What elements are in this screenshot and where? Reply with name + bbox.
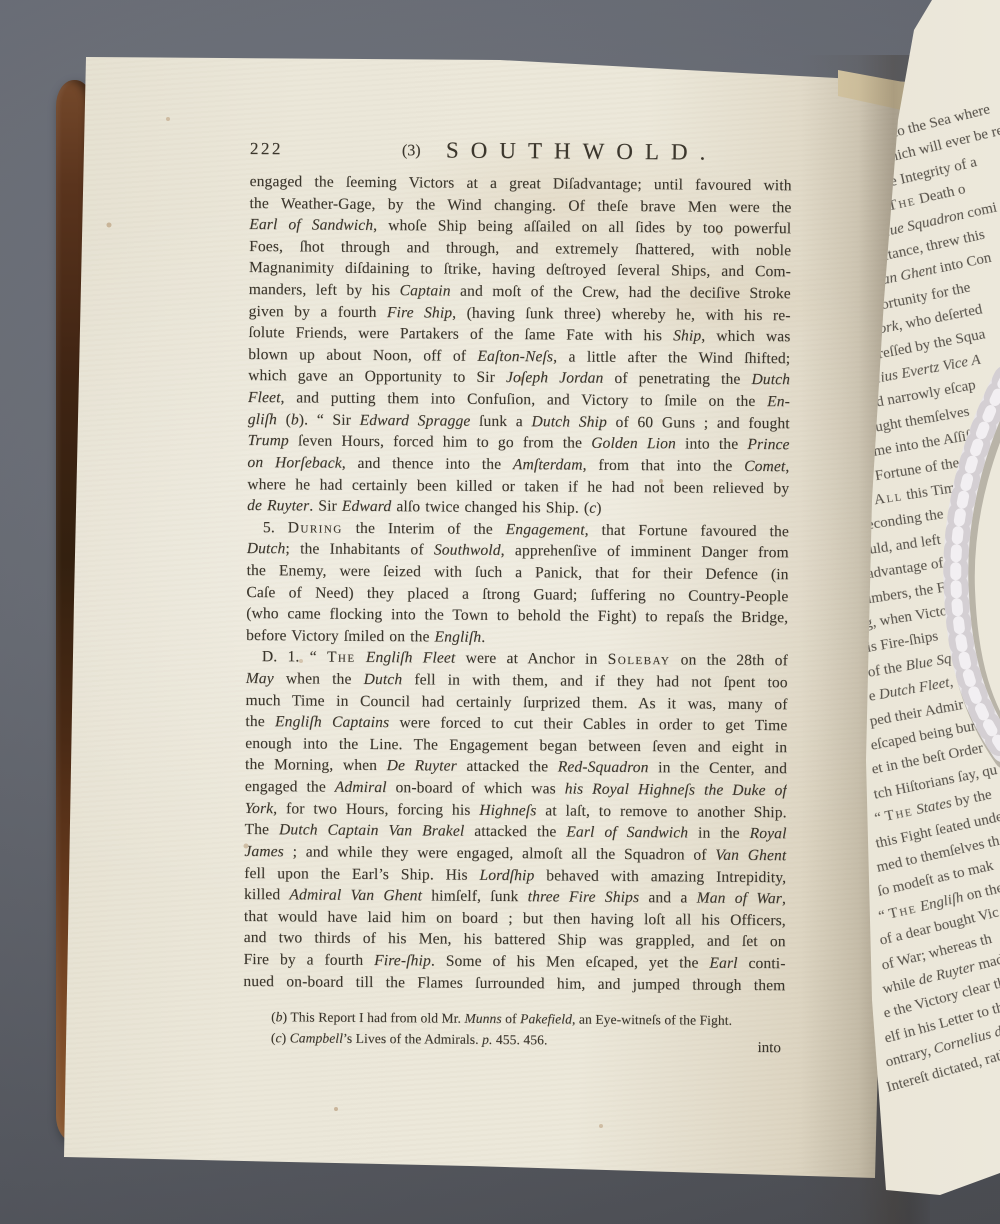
foxing-spots xyxy=(0,0,2,2)
text-line: nued on-board till the Flames ſurrounded… xyxy=(243,971,785,997)
book-photo: { "colors":{"background":"#63666e","pape… xyxy=(0,0,1000,1224)
left-page: 222 (3) SOUTHWOLD. engaged the ſeeming V… xyxy=(0,0,1000,1224)
fragment-line: ſadvantage of xyxy=(862,555,945,584)
running-title: SOUTHWOLD. xyxy=(446,138,718,166)
body-text: engaged the ſeeming Victors at a great D… xyxy=(243,171,791,996)
catchword: into xyxy=(757,1040,780,1057)
page-number: 222 xyxy=(250,139,283,159)
footnotes: (b) This Report I had from old Mr. Munns… xyxy=(243,1006,763,1052)
signature-mark: (3) xyxy=(402,142,421,160)
fragment-line: ſeconding the xyxy=(862,507,945,536)
page-content: 222 (3) SOUTHWOLD. engaged the ſeeming V… xyxy=(243,139,792,996)
footnote-line: (c) Campbell’s Lives of the Admirals. p.… xyxy=(243,1027,763,1052)
running-header: 222 (3) SOUTHWOLD. xyxy=(250,139,792,163)
fragment-line: is Fire-ſhips xyxy=(865,629,939,658)
